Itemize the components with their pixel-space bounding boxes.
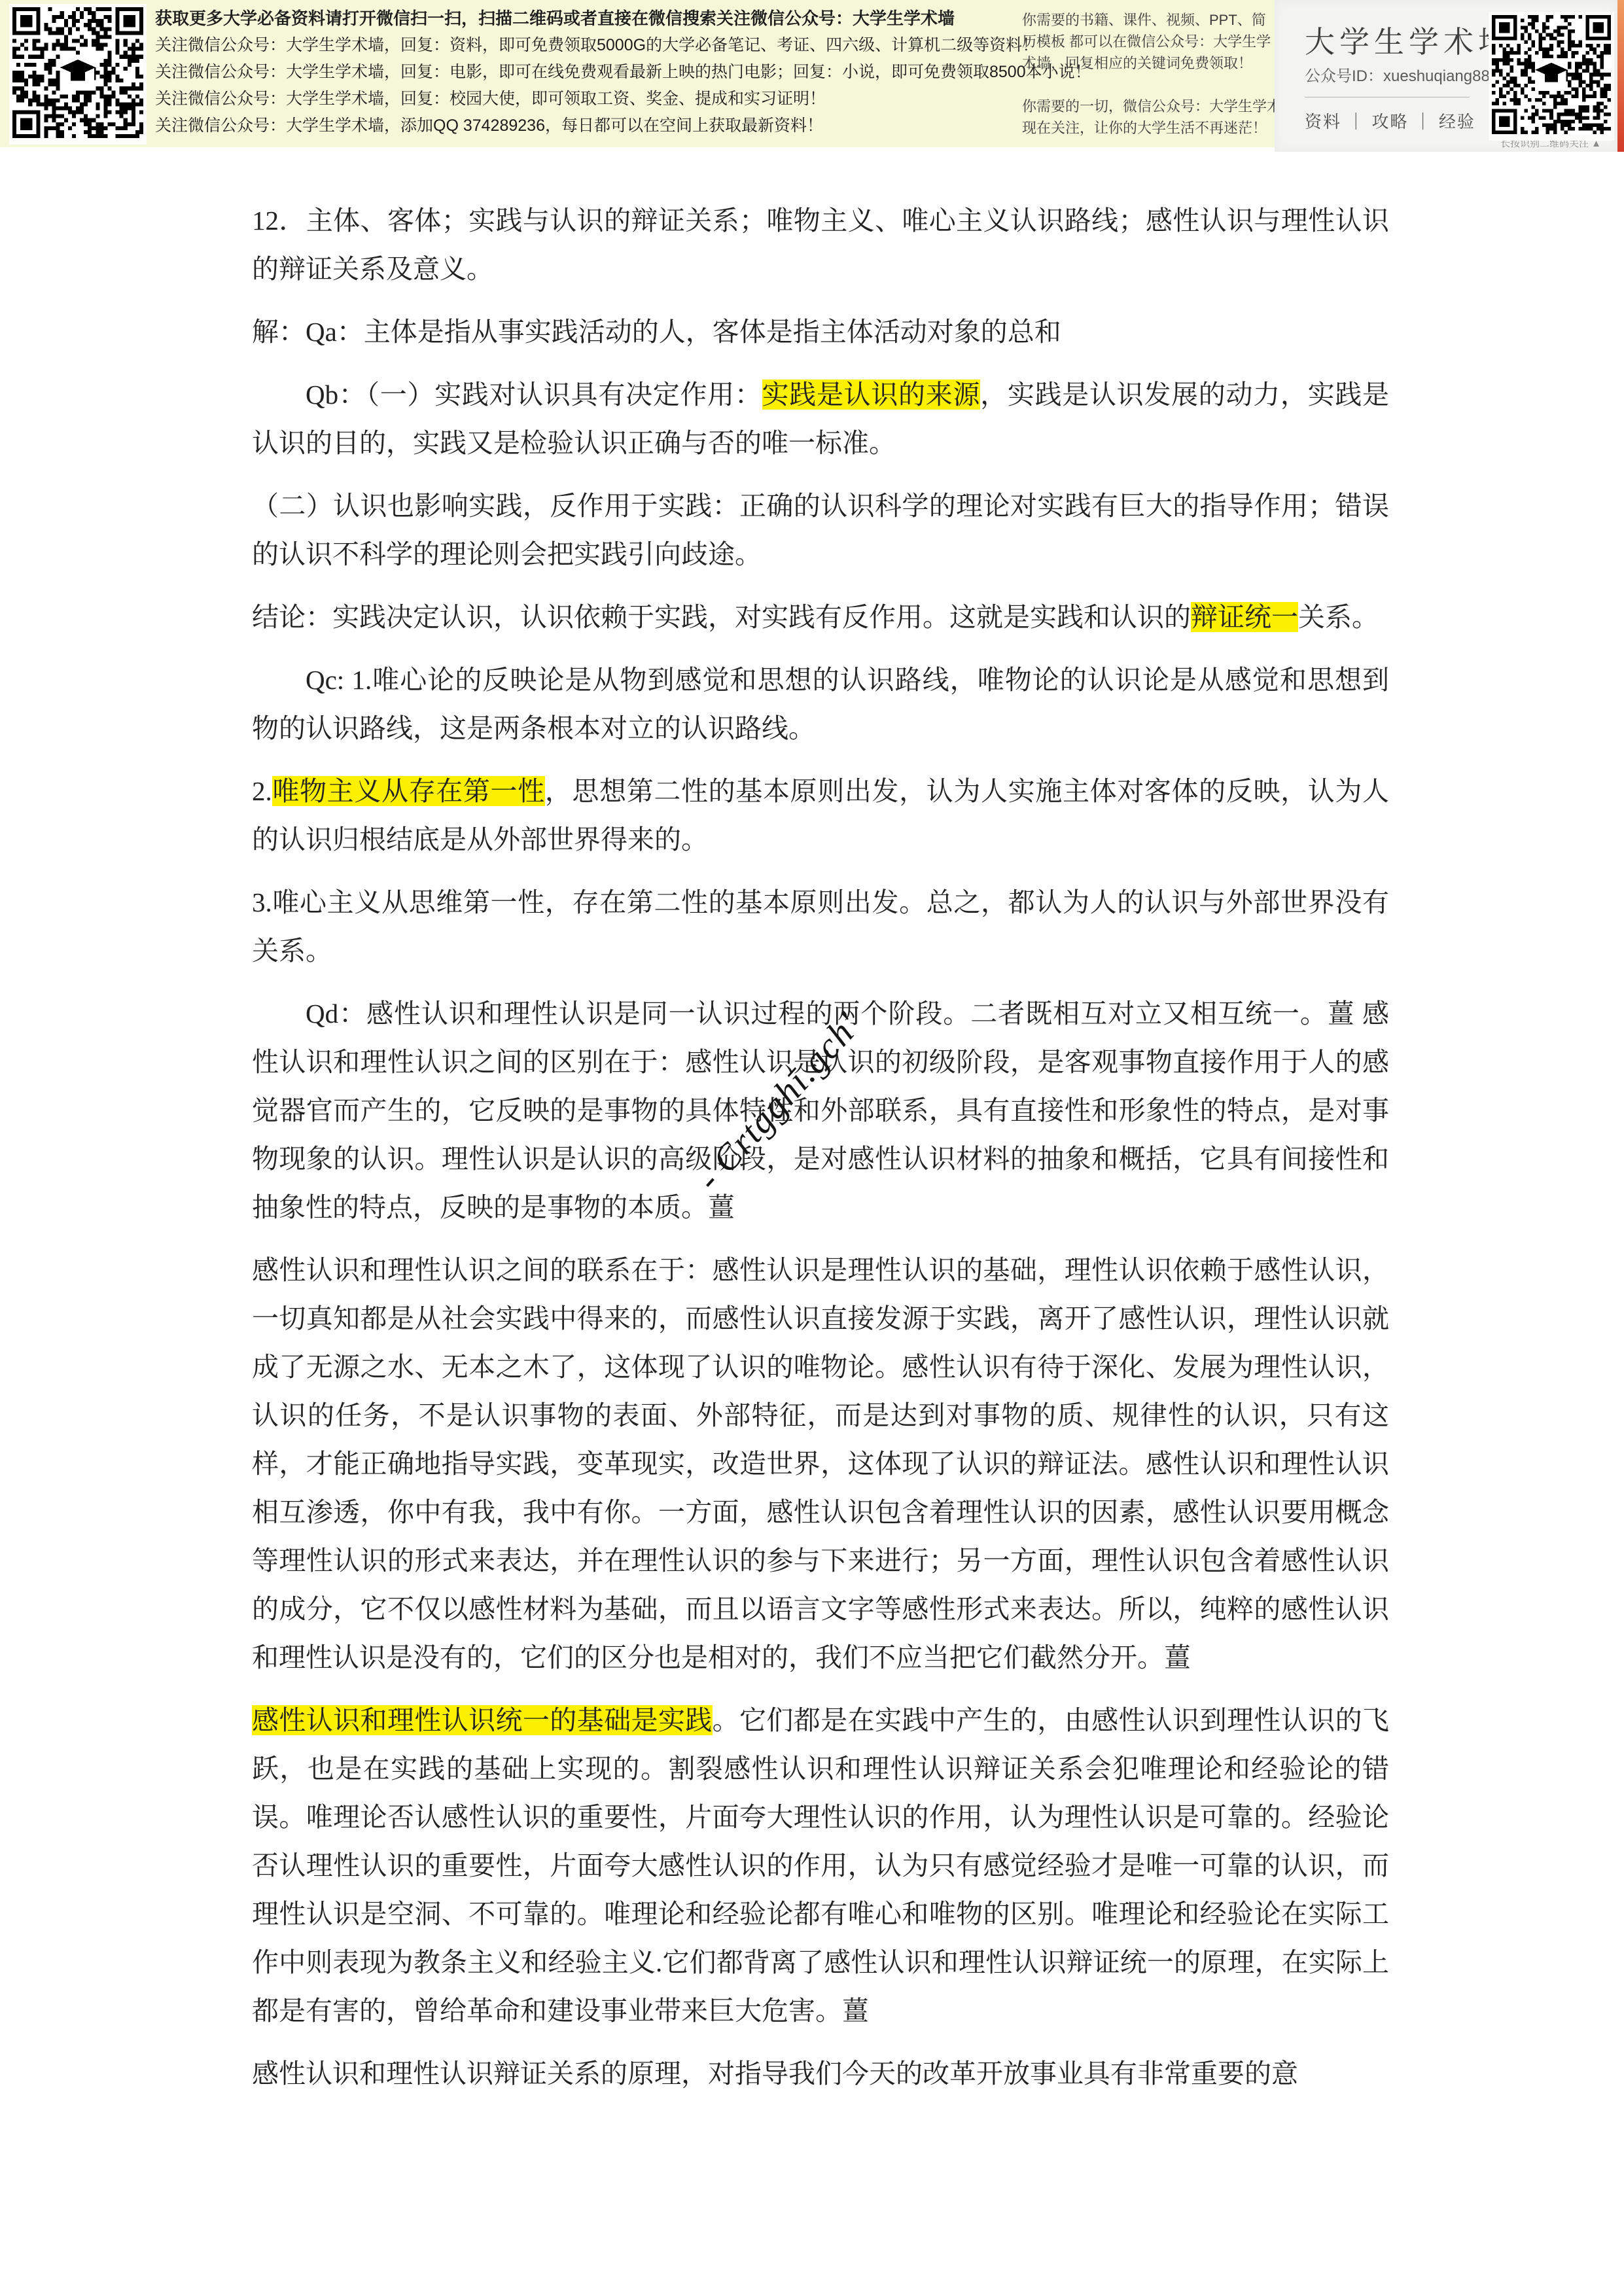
text-segment: 感性认识和理性认识辩证关系的原理，对指导我们今天的改革开放事业具有非常重要的意	[252, 2058, 1298, 2089]
paragraph: Qb：（一）实践对认识具有决定作用：实践是认识的来源，实践是认识发展的动力，实践…	[252, 370, 1389, 467]
paragraph: 2.唯物主义从存在第一性，思想第二性的基本原则出发，认为人实施主体对客体的反映，…	[252, 767, 1389, 864]
banner-middle-note-1: 你需要的书籍、课件、视频、PPT、简历模板 都可以在微信公众号：大学生学术墙，回…	[1022, 9, 1279, 74]
text-segment: （二）认识也影响实践，反作用于实践：正确的认识科学的理论对实践有巨大的指导作用；…	[252, 491, 1389, 569]
banner-accent-strip	[1617, 0, 1624, 152]
text-segment: Qc: 1.唯心论的反映论是从物到感觉和思想的认识路线，唯物论的认识论是从感觉和…	[252, 665, 1389, 743]
highlighted-text: 感性认识和理性认识统一的基础是实践	[252, 1705, 713, 1735]
banner-middle-note-2-line1: 你需要的一切，微信公众号：大学生学术墙，都有！	[1022, 96, 1279, 117]
paragraph: 感性认识和理性认识辩证关系的原理，对指导我们今天的改革开放事业具有非常重要的意	[252, 2049, 1389, 2098]
paragraph: Qc: 1.唯心论的反映论是从物到感觉和思想的认识路线，唯物论的认识论是从感觉和…	[252, 656, 1389, 752]
banner-middle-note-2-line2: 现在关注，让你的大学生活不再迷茫！	[1022, 117, 1279, 139]
text-segment: 3.唯心主义从思维第一性，存在第二性的基本原则出发。总之，都认为人的认识与外部世…	[252, 887, 1389, 966]
text-segment: 结论：实践决定认识，认识依赖于实践，对实践有反作用。这就是实践和认识的	[252, 602, 1191, 632]
text-segment: 12．主体、客体；实践与认识的辩证关系；唯物主义、唯心主义认识路线；感性认识与理…	[252, 205, 1389, 284]
wechat-qr-code-left	[9, 4, 147, 145]
banner-line-4: 关注微信公众号：大学生学术墙，回复：校园大使，即可领取工资、奖金、提成和实习证明…	[155, 86, 1091, 113]
qr-code-icon	[1492, 15, 1611, 134]
promo-banner: 获取更多大学必备资料请打开微信扫一扫，扫描二维码或者直接在微信搜索关注微信公众号…	[0, 0, 1624, 147]
card-divider	[1305, 97, 1470, 97]
account-name: 大学生学术墙	[1305, 18, 1513, 62]
paragraph: 3.唯心主义从思维第一性，存在第二性的基本原则出发。总之，都认为人的认识与外部世…	[252, 878, 1389, 975]
account-id: 公众号ID：xueshuqiang8888	[1305, 63, 1508, 86]
banner-text-block: 获取更多大学必备资料请打开微信扫一扫，扫描二维码或者直接在微信搜索关注微信公众号…	[155, 5, 1091, 139]
document-body: 12．主体、客体；实践与认识的辩证关系；唯物主义、唯心主义认识路线；感性认识与理…	[252, 196, 1389, 2112]
highlighted-text: 唯物主义从存在第一性	[272, 776, 545, 806]
text-segment: 感性认识和理性认识之间的联系在于：感性认识是理性认识的基础，理性认识依赖于感性认…	[252, 1255, 1389, 1672]
text-segment: 解：Qa：主体是指从事实践活动的人，客体是指主体活动对象的总和	[252, 317, 1061, 347]
paragraph: 感性认识和理性认识统一的基础是实践。它们都是在实践中产生的，由感性认识到理性认识…	[252, 1696, 1389, 2035]
qr-code-icon	[12, 7, 143, 138]
text-segment: 。它们都是在实践中产生的，由感性认识到理性认识的飞跃，也是在实践的基础上实现的。…	[252, 1705, 1389, 2026]
paragraph: 解：Qa：主体是指从事实践活动的人，客体是指主体活动对象的总和	[252, 308, 1389, 356]
banner-line-3: 关注微信公众号：大学生学术墙，回复：电影，即可在线免费观看最新上映的热门电影；回…	[155, 59, 1091, 86]
text-segment: 关系。	[1298, 602, 1379, 632]
wechat-qr-code-right	[1489, 12, 1614, 141]
paragraph: （二）认识也影响实践，反作用于实践：正确的认识科学的理论对实践有巨大的指导作用；…	[252, 482, 1389, 578]
text-segment: Qb：（一）实践对认识具有决定作用：	[306, 380, 762, 410]
paragraph: 感性认识和理性认识之间的联系在于：感性认识是理性认识的基础，理性认识依赖于感性认…	[252, 1246, 1389, 1682]
highlighted-text: 辩证统一	[1191, 602, 1298, 632]
paragraph: 结论：实践决定认识，认识依赖于实践，对实践有反作用。这就是实践和认识的辩证统一关…	[252, 593, 1389, 641]
paragraph: 12．主体、客体；实践与认识的辩证关系；唯物主义、唯心主义认识路线；感性认识与理…	[252, 196, 1389, 293]
banner-line-1: 获取更多大学必备资料请打开微信扫一扫，扫描二维码或者直接在微信搜索关注微信公众号…	[155, 5, 1091, 32]
banner-line-5: 关注微信公众号：大学生学术墙，添加QQ 374289236，每日都可以在空间上获…	[155, 113, 1091, 139]
text-segment: 2.	[252, 776, 272, 806]
banner-line-2: 关注微信公众号：大学生学术墙，回复：资料，即可免费领取5000G的大学必备笔记、…	[155, 32, 1091, 59]
banner-middle-note-2: 你需要的一切，微信公众号：大学生学术墙，都有！ 现在关注，让你的大学生活不再迷茫…	[1022, 96, 1279, 139]
highlighted-text: 实践是认识的来源	[762, 380, 981, 410]
